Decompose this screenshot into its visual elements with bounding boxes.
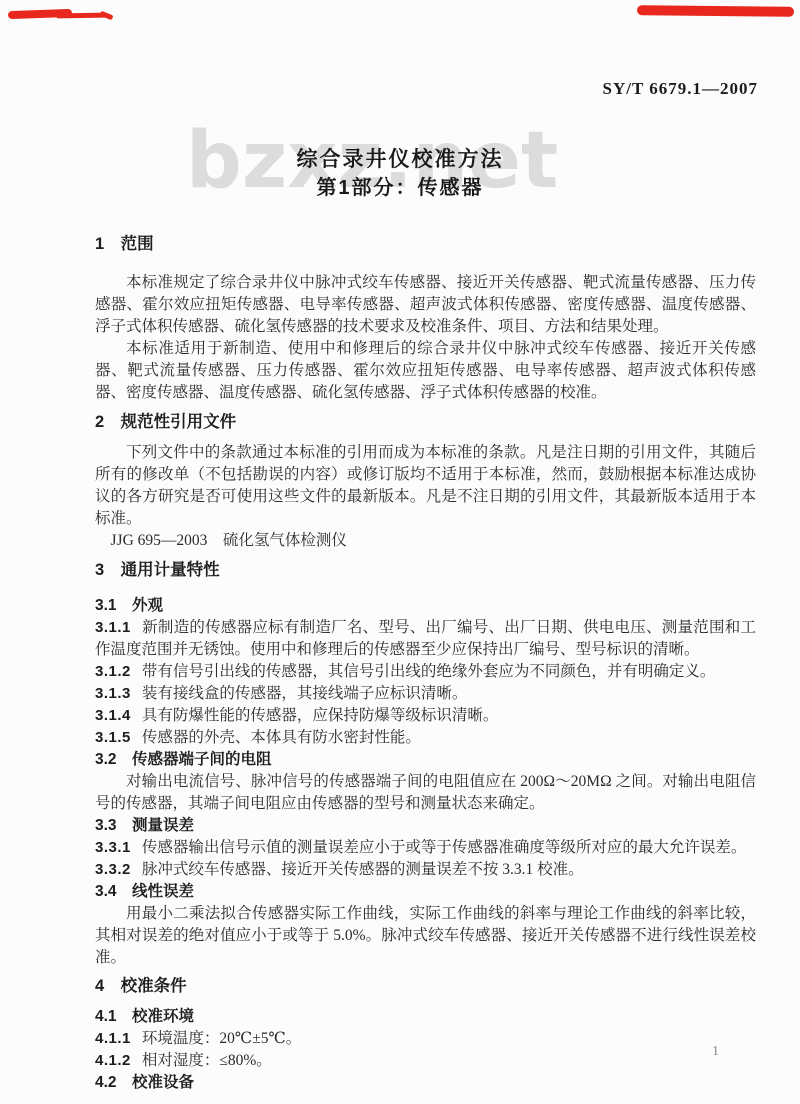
clause-text: 新制造的传感器应标有制造厂名、型号、出厂编号、出厂日期、供电电压、测量范围和工作…	[95, 619, 756, 658]
section-3-4-paragraph-1: 用最小二乘法拟合传感器实际工作曲线，实际工作曲线的斜率与理论工作曲线的斜率比较，…	[95, 903, 756, 969]
clause-3-1-4: 3.1.4具有防爆性能的传感器，应保持防爆等级标识清晰。	[95, 705, 756, 727]
section-2-heading: 2 规范性引用文件	[95, 412, 756, 432]
clause-text: 传感器输出信号示值的测量误差应小于或等于传感器准确度等级所对应的最大允许误差。	[142, 839, 747, 856]
clause-number: 3.1.3	[95, 685, 131, 702]
standard-code: SY/T 6679.1—2007	[603, 79, 759, 99]
section-3-4-heading: 3.4 线性误差	[95, 881, 756, 903]
section-4-heading: 4 校准条件	[95, 976, 756, 996]
red-pen-mark-right	[637, 5, 794, 17]
section-1-heading: 1 范围	[95, 234, 756, 254]
section-3-1-heading: 3.1 外观	[95, 595, 756, 617]
clause-text: 带有信号引出线的传感器，其信号引出线的绝缘外套应为不同颜色，并有明确定义。	[142, 663, 716, 680]
clause-text: 脉冲式绞车传感器、接近开关传感器的测量误差不按 3.3.1 校准。	[142, 861, 584, 878]
document-body: 1 范围 本标准规定了综合录井仪中脉冲式绞车传感器、接近开关传感器、靶式流量传感…	[95, 234, 756, 1094]
clause-number: 3.3.2	[95, 861, 131, 878]
clause-4-1-1: 4.1.1环境温度：20℃±5℃。	[95, 1028, 756, 1050]
clause-text: 装有接线盒的传感器，其接线端子应标识清晰。	[142, 685, 468, 702]
section-4-2-heading: 4.2 校准设备	[95, 1072, 756, 1094]
clause-3-3-2: 3.3.2脉冲式绞车传感器、接近开关传感器的测量误差不按 3.3.1 校准。	[95, 859, 756, 881]
clause-number: 3.1.5	[95, 729, 131, 746]
section-2-reference-1: JJG 695—2003 硫化氢气体检测仪	[95, 530, 756, 552]
section-3-2-heading: 3.2 传感器端子间的电阻	[95, 749, 756, 771]
clause-3-1-3: 3.1.3装有接线盒的传感器，其接线端子应标识清晰。	[95, 683, 756, 705]
clause-3-3-1: 3.3.1传感器输出信号示值的测量误差应小于或等于传感器准确度等级所对应的最大允…	[95, 837, 756, 859]
clause-3-1-1: 3.1.1新制造的传感器应标有制造厂名、型号、出厂编号、出厂日期、供电电压、测量…	[95, 617, 756, 661]
page-number: 1	[712, 1044, 719, 1060]
clause-4-1-2: 4.1.2相对湿度：≤80%。	[95, 1050, 756, 1072]
section-4-1-heading: 4.1 校准环境	[95, 1006, 756, 1028]
section-1-paragraph-2: 本标准适用于新制造、使用中和修理后的综合录井仪中脉冲式绞车传感器、接近开关传感器…	[95, 338, 756, 404]
clause-number: 3.1.4	[95, 707, 131, 724]
clause-number: 3.3.1	[95, 839, 131, 856]
clause-number: 4.1.1	[95, 1030, 131, 1047]
clause-text: 环境温度：20℃±5℃。	[142, 1030, 301, 1047]
document-page: SY/T 6679.1—2007 bzxz.net 综合录井仪校准方法 第1部分…	[0, 0, 800, 1104]
clause-number: 3.1.1	[95, 619, 131, 636]
clause-3-1-5: 3.1.5传感器的外壳、本体具有防水密封性能。	[95, 727, 756, 749]
doc-title-line2: 第1部分：传感器	[0, 171, 800, 200]
section-3-3-heading: 3.3 测量误差	[95, 815, 756, 837]
clause-3-1-2: 3.1.2带有信号引出线的传感器，其信号引出线的绝缘外套应为不同颜色，并有明确定…	[95, 661, 756, 683]
doc-title-line1: 综合录井仪校准方法	[0, 143, 800, 173]
section-3-heading: 3 通用计量特性	[95, 560, 756, 580]
clause-text: 具有防爆性能的传感器，应保持防爆等级标识清晰。	[142, 707, 499, 724]
clause-number: 3.1.2	[95, 663, 131, 680]
section-3-2-paragraph-1: 对输出电流信号、脉冲信号的传感器端子间的电阻值应在 200Ω～20MΩ 之间。对…	[95, 771, 756, 815]
section-2-paragraph-1: 下列文件中的条款通过本标准的引用而成为本标准的条款。凡是注日期的引用文件，其随后…	[95, 442, 756, 530]
clause-text: 传感器的外壳、本体具有防水密封性能。	[142, 729, 421, 746]
red-pen-mark-left-hook	[100, 11, 114, 21]
clause-number: 4.1.2	[95, 1052, 131, 1069]
clause-text: 相对湿度：≤80%。	[142, 1052, 272, 1069]
section-1-paragraph-1: 本标准规定了综合录井仪中脉冲式绞车传感器、接近开关传感器、靶式流量传感器、压力传…	[95, 272, 756, 338]
